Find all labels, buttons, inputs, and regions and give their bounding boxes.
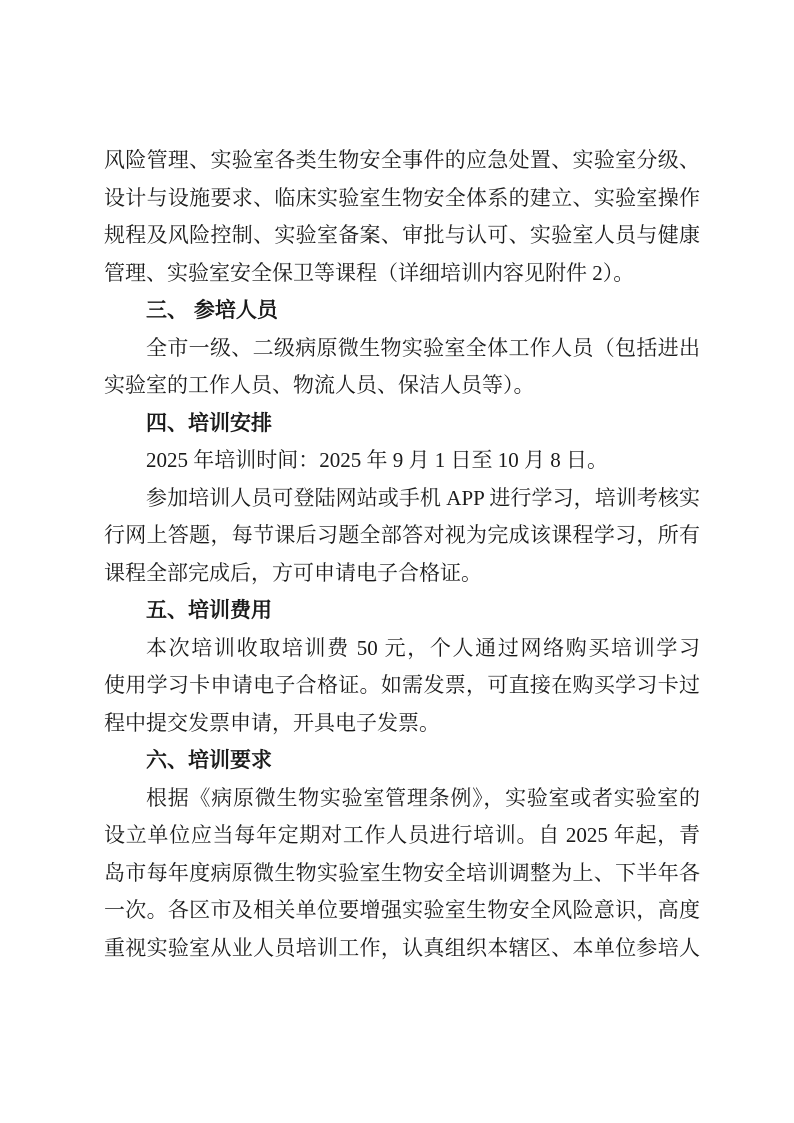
document-page: 风险管理、实验室各类生物安全事件的应急处置、实验室分级、 设计与设施要求、临床实…: [0, 0, 794, 1123]
text-line: 管理、实验室安全保卫等课程（详细培训内容见附件 2）。: [104, 255, 700, 293]
text-line: 程中提交发票申请，开具电子发票。: [104, 705, 700, 743]
text-line: 设计与设施要求、临床实验室生物安全体系的建立、实验室操作: [104, 180, 700, 218]
text-line: 岛市每年度病原微生物实验室生物安全培训调整为上、下半年各: [104, 855, 700, 893]
text-line: 规程及风险控制、实验室备案、审批与认可、实验室人员与健康: [104, 217, 700, 255]
text-line: 全市一级、二级病原微生物实验室全体工作人员（包括进出: [104, 330, 700, 368]
text-line: 实验室的工作人员、物流人员、保洁人员等）。: [104, 367, 700, 405]
section-heading-requirements: 六、培训要求: [104, 742, 700, 780]
text-line: 本次培训收取培训费 50 元，个人通过网络购买培训学习卡，: [104, 630, 700, 668]
text-line: 2025 年培训时间：2025 年 9 月 1 日至 10 月 8 日。: [104, 442, 700, 480]
section-heading-fees: 五、培训费用: [104, 592, 700, 630]
text-line: 课程全部完成后，方可申请电子合格证。: [104, 555, 700, 593]
text-line: 行网上答题，每节课后习题全部答对视为完成该课程学习，所有: [104, 517, 700, 555]
text-line: 设立单位应当每年定期对工作人员进行培训。自 2025 年起，青: [104, 817, 700, 855]
text-line: 风险管理、实验室各类生物安全事件的应急处置、实验室分级、: [104, 142, 700, 180]
text-line: 使用学习卡申请电子合格证。如需发票，可直接在购买学习卡过: [104, 667, 700, 705]
text-line: 重视实验室从业人员培训工作，认真组织本辖区、本单位参培人: [104, 930, 700, 968]
document-body: 风险管理、实验室各类生物安全事件的应急处置、实验室分级、 设计与设施要求、临床实…: [104, 142, 700, 967]
text-line: 一次。各区市及相关单位要增强实验室生物安全风险意识，高度: [104, 892, 700, 930]
text-line: 根据《病原微生物实验室管理条例》，实验室或者实验室的: [104, 780, 700, 818]
section-heading-participants: 三、 参培人员: [104, 292, 700, 330]
section-heading-schedule: 四、培训安排: [104, 405, 700, 443]
text-line: 参加培训人员可登陆网站或手机 APP 进行学习，培训考核实: [104, 480, 700, 518]
